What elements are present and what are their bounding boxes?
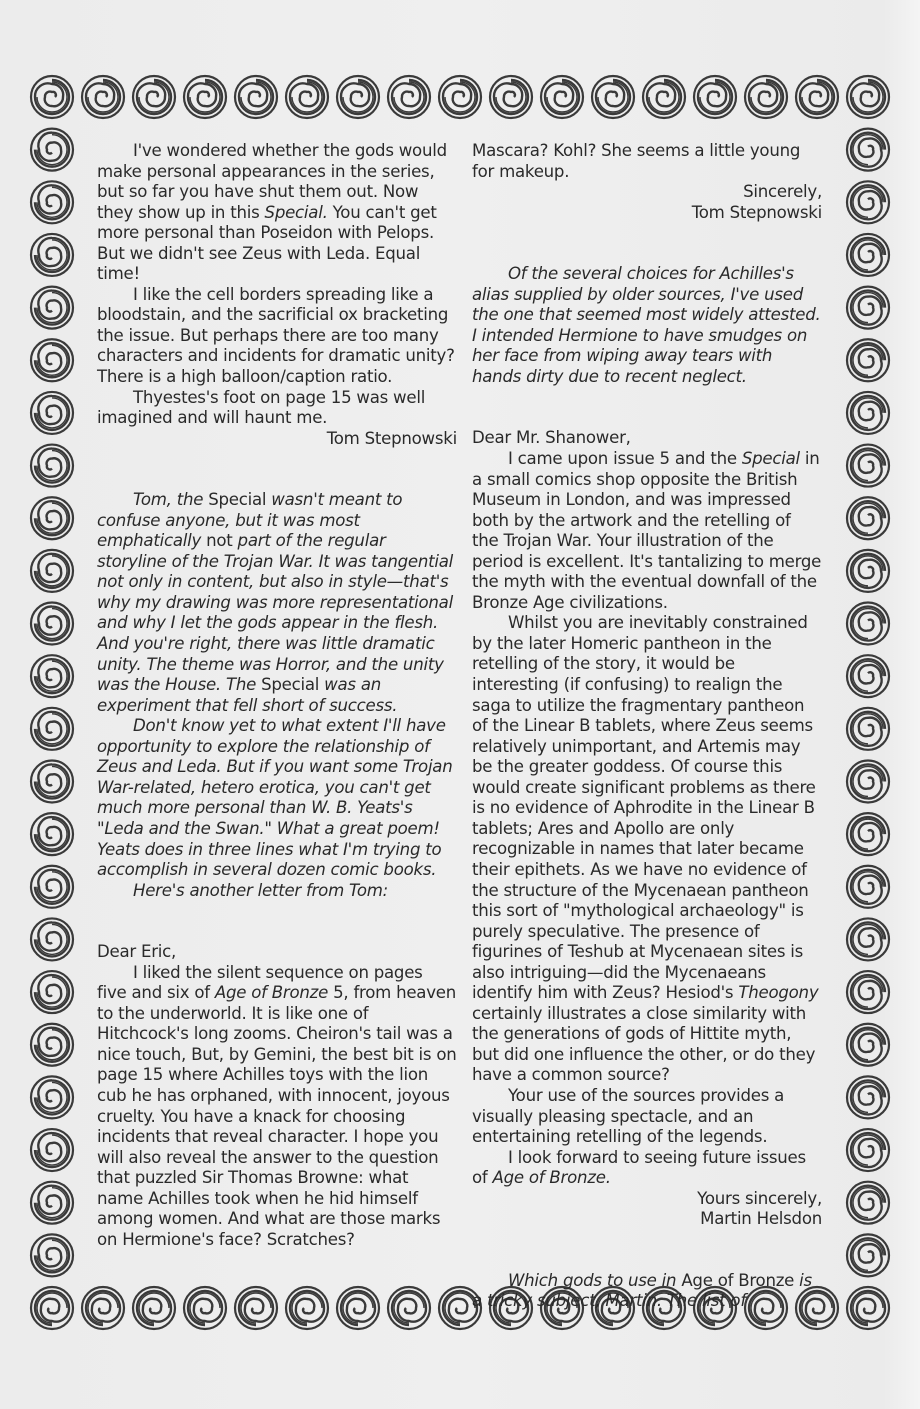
letter1-paragraph-2: I like the cell borders spreading like a… bbox=[97, 285, 457, 388]
reply1-paragraph-2: Don't know yet to what extent I'll have … bbox=[97, 716, 457, 880]
letter3-paragraph-4: I look forward to seeing future issues o… bbox=[472, 1148, 822, 1189]
letter1-paragraph-1: I've wondered whether the gods would mak… bbox=[97, 141, 457, 285]
reply1-paragraph-1: Tom, the Special wasn't meant to confuse… bbox=[97, 490, 457, 716]
letter3-paragraph-1: I came upon issue 5 and the Special in a… bbox=[472, 449, 822, 613]
letter3-signature: Martin Helsdon bbox=[472, 1209, 822, 1230]
letter3-paragraph-3: Your use of the sources provides a visua… bbox=[472, 1086, 822, 1148]
right-column: Mascara? Kohl? She seems a little young … bbox=[472, 141, 822, 1312]
letter3-salutation: Dear Mr. Shanower, bbox=[472, 428, 822, 449]
reply3-paragraph: Which gods to use in Age of Bronze is a … bbox=[472, 1271, 822, 1312]
letter1-paragraph-3: Thyestes's foot on page 15 was well imag… bbox=[97, 388, 457, 429]
reply1-paragraph-3: Here's another letter from Tom: bbox=[97, 881, 457, 902]
letter3-paragraph-2: Whilst you are inevitably constrained by… bbox=[472, 613, 822, 1086]
letter2-continuation: Mascara? Kohl? She seems a little young … bbox=[472, 141, 822, 182]
reply2-paragraph: Of the several choices for Achilles's al… bbox=[472, 264, 822, 387]
letter2-closing: Sincerely, bbox=[472, 182, 822, 203]
letter2-signature: Tom Stepnowski bbox=[472, 203, 822, 224]
letter1-signature: Tom Stepnowski bbox=[97, 429, 457, 450]
left-column: I've wondered whether the gods would mak… bbox=[97, 141, 457, 1250]
letter2-paragraph-1: I liked the silent sequence on pages fiv… bbox=[97, 963, 457, 1251]
letter2-salutation: Dear Eric, bbox=[97, 942, 457, 963]
page: I've wondered whether the gods would mak… bbox=[0, 0, 920, 1409]
letter3-closing: Yours sincerely, bbox=[472, 1189, 822, 1210]
